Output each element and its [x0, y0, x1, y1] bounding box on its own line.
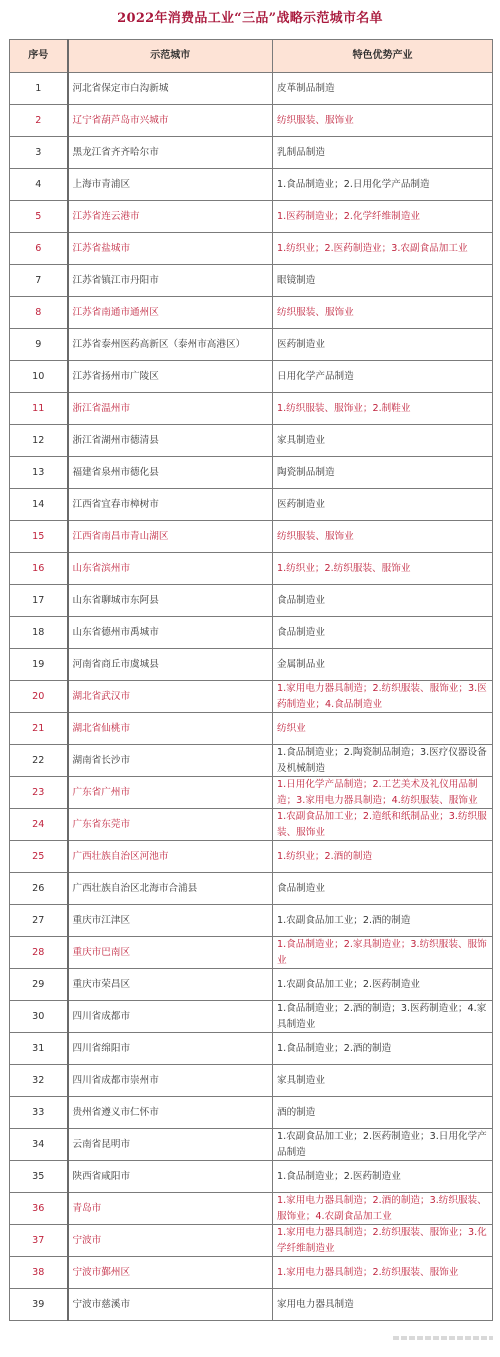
- row-city: 四川省成都市: [68, 1001, 273, 1033]
- table-row: 7江苏省镇江市丹阳市眼镜制造: [10, 265, 493, 297]
- table-row: 14江西省宜春市樟树市医药制造业: [10, 489, 493, 521]
- row-industry: 1.食品制造业；2.酒的制造: [273, 1033, 493, 1065]
- table-row: 28重庆市巴南区1.食品制造业；2.家具制造业；3.纺织服装、服饰业: [10, 937, 493, 969]
- row-industry: 酒的制造: [273, 1097, 493, 1129]
- row-industry: 1.纺织业；2.纺织服装、服饰业: [273, 553, 493, 585]
- table-row: 17山东省聊城市东阿县食品制造业: [10, 585, 493, 617]
- row-industry: 皮革制品制造: [273, 73, 493, 105]
- row-number: 6: [10, 233, 68, 265]
- row-industry: 1.家用电力器具制造；2.酒的制造；3.纺织服装、服饰业；4.农副食品加工业: [273, 1193, 493, 1225]
- row-industry: 眼镜制造: [273, 265, 493, 297]
- row-industry: 陶瓷制品制造: [273, 457, 493, 489]
- row-number: 23: [10, 777, 68, 809]
- row-number: 36: [10, 1193, 68, 1225]
- row-number: 37: [10, 1225, 68, 1257]
- row-city: 江西省南昌市青山湖区: [68, 521, 273, 553]
- row-city: 江苏省连云港市: [68, 201, 273, 233]
- row-industry: 1.家用电力器具制造；2.纺织服装、服饰业；3.医药制造业；4.食品制造业: [273, 681, 493, 713]
- row-industry: 乳制品制造: [273, 137, 493, 169]
- row-city: 陕西省咸阳市: [68, 1161, 273, 1193]
- row-city: 广东省东莞市: [68, 809, 273, 841]
- header-industry: 特色优势产业: [273, 40, 493, 73]
- row-number: 3: [10, 137, 68, 169]
- table-row: 20湖北省武汉市1.家用电力器具制造；2.纺织服装、服饰业；3.医药制造业；4.…: [10, 681, 493, 713]
- table-row: 27重庆市江津区1.农副食品加工业；2.酒的制造: [10, 905, 493, 937]
- row-number: 15: [10, 521, 68, 553]
- row-number: 35: [10, 1161, 68, 1193]
- table-row: 38宁波市鄞州区1.家用电力器具制造；2.纺织服装、服饰业: [10, 1257, 493, 1289]
- table-row: 23广东省广州市1.日用化学产品制造；2.工艺美术及礼仪用品制造；3.家用电力器…: [10, 777, 493, 809]
- table-row: 31四川省绵阳市1.食品制造业；2.酒的制造: [10, 1033, 493, 1065]
- row-number: 21: [10, 713, 68, 745]
- row-industry: 金属制品业: [273, 649, 493, 681]
- row-city: 江苏省扬州市广陵区: [68, 361, 273, 393]
- table-row: 13福建省泉州市德化县陶瓷制品制造: [10, 457, 493, 489]
- row-city: 重庆市荣昌区: [68, 969, 273, 1001]
- table-row: 9江苏省泰州医药高新区（泰州市高港区）医药制造业: [10, 329, 493, 361]
- row-number: 34: [10, 1129, 68, 1161]
- row-number: 33: [10, 1097, 68, 1129]
- table-row: 39宁波市慈溪市家用电力器具制造: [10, 1289, 493, 1321]
- table-row: 4上海市青浦区1.食品制造业；2.日用化学产品制造: [10, 169, 493, 201]
- row-number: 14: [10, 489, 68, 521]
- row-city: 福建省泉州市德化县: [68, 457, 273, 489]
- table-row: 26广西壮族自治区北海市合浦县食品制造业: [10, 873, 493, 905]
- row-number: 11: [10, 393, 68, 425]
- row-number: 19: [10, 649, 68, 681]
- table-row: 19河南省商丘市虞城县金属制品业: [10, 649, 493, 681]
- table-row: 2辽宁省葫芦岛市兴城市纺织服装、服饰业: [10, 105, 493, 137]
- row-city: 重庆市江津区: [68, 905, 273, 937]
- row-industry: 1.农副食品加工业；2.医药制造业；3.日用化学产品制造: [273, 1129, 493, 1161]
- header-number: 序号: [10, 40, 68, 73]
- row-number: 2: [10, 105, 68, 137]
- row-number: 4: [10, 169, 68, 201]
- header-city: 示范城市: [68, 40, 273, 73]
- table-row: 21湖北省仙桃市纺织业: [10, 713, 493, 745]
- table-row: 5江苏省连云港市1.医药制造业；2.化学纤维制造业: [10, 201, 493, 233]
- row-city: 山东省德州市禹城市: [68, 617, 273, 649]
- row-city: 江苏省泰州医药高新区（泰州市高港区）: [68, 329, 273, 361]
- row-city: 山东省滨州市: [68, 553, 273, 585]
- row-industry: 医药制造业: [273, 329, 493, 361]
- table-row: 25广西壮族自治区河池市1.纺织业；2.酒的制造: [10, 841, 493, 873]
- row-city: 四川省绵阳市: [68, 1033, 273, 1065]
- row-industry: 1.纺织服装、服饰业；2.制鞋业: [273, 393, 493, 425]
- table-row: 10江苏省扬州市广陵区日用化学产品制造: [10, 361, 493, 393]
- row-city: 辽宁省葫芦岛市兴城市: [68, 105, 273, 137]
- page-title: 2022年消费品工业“三品”战略示范城市名单: [0, 7, 500, 26]
- row-number: 8: [10, 297, 68, 329]
- row-city: 江苏省盐城市: [68, 233, 273, 265]
- table-row: 11浙江省温州市1.纺织服装、服饰业；2.制鞋业: [10, 393, 493, 425]
- row-industry: 1.农副食品加工业；2.造纸和纸制品业；3.纺织服装、服饰业: [273, 809, 493, 841]
- row-industry: 1.农副食品加工业；2.医药制造业: [273, 969, 493, 1001]
- row-city: 湖北省仙桃市: [68, 713, 273, 745]
- row-city: 河北省保定市白沟新城: [68, 73, 273, 105]
- row-number: 9: [10, 329, 68, 361]
- row-city: 广西壮族自治区北海市合浦县: [68, 873, 273, 905]
- row-number: 7: [10, 265, 68, 297]
- row-industry: 食品制造业: [273, 873, 493, 905]
- row-industry: 纺织服装、服饰业: [273, 521, 493, 553]
- row-city: 湖南省长沙市: [68, 745, 273, 777]
- row-number: 25: [10, 841, 68, 873]
- row-number: 39: [10, 1289, 68, 1321]
- row-industry: 1.家用电力器具制造；2.纺织服装、服饰业: [273, 1257, 493, 1289]
- row-number: 18: [10, 617, 68, 649]
- row-city: 贵州省遵义市仁怀市: [68, 1097, 273, 1129]
- row-number: 24: [10, 809, 68, 841]
- row-number: 5: [10, 201, 68, 233]
- row-industry: 1.农副食品加工业；2.酒的制造: [273, 905, 493, 937]
- row-number: 10: [10, 361, 68, 393]
- row-city: 广西壮族自治区河池市: [68, 841, 273, 873]
- row-city: 山东省聊城市东阿县: [68, 585, 273, 617]
- row-number: 17: [10, 585, 68, 617]
- row-number: 13: [10, 457, 68, 489]
- row-industry: 纺织服装、服饰业: [273, 297, 493, 329]
- row-number: 26: [10, 873, 68, 905]
- row-industry: 日用化学产品制造: [273, 361, 493, 393]
- row-city: 宁波市: [68, 1225, 273, 1257]
- table-row: 35陕西省咸阳市1.食品制造业；2.医药制造业: [10, 1161, 493, 1193]
- table-row: 3黑龙江省齐齐哈尔市乳制品制造: [10, 137, 493, 169]
- row-number: 12: [10, 425, 68, 457]
- row-industry: 1.家用电力器具制造；2.纺织服装、服饰业；3.化学纤维制造业: [273, 1225, 493, 1257]
- row-city: 江苏省南通市通州区: [68, 297, 273, 329]
- row-number: 27: [10, 905, 68, 937]
- table-row: 8江苏省南通市通州区纺织服装、服饰业: [10, 297, 493, 329]
- row-city: 江西省宜春市樟树市: [68, 489, 273, 521]
- row-number: 16: [10, 553, 68, 585]
- table-row: 22湖南省长沙市1.食品制造业；2.陶瓷制品制造；3.医疗仪器设备及机械制造: [10, 745, 493, 777]
- row-industry: 1.日用化学产品制造；2.工艺美术及礼仪用品制造；3.家用电力器具制造；4.纺织…: [273, 777, 493, 809]
- table-row: 36青岛市1.家用电力器具制造；2.酒的制造；3.纺织服装、服饰业；4.农副食品…: [10, 1193, 493, 1225]
- row-number: 38: [10, 1257, 68, 1289]
- row-city: 湖北省武汉市: [68, 681, 273, 713]
- row-number: 20: [10, 681, 68, 713]
- row-number: 32: [10, 1065, 68, 1097]
- row-city: 宁波市慈溪市: [68, 1289, 273, 1321]
- table-row: 29重庆市荣昌区1.农副食品加工业；2.医药制造业: [10, 969, 493, 1001]
- row-number: 31: [10, 1033, 68, 1065]
- row-city: 河南省商丘市虞城县: [68, 649, 273, 681]
- row-city: 云南省昆明市: [68, 1129, 273, 1161]
- row-city: 广东省广州市: [68, 777, 273, 809]
- row-industry: 1.食品制造业；2.医药制造业: [273, 1161, 493, 1193]
- table-body: 1河北省保定市白沟新城皮革制品制造2辽宁省葫芦岛市兴城市纺织服装、服饰业3黑龙江…: [10, 73, 493, 1321]
- table-row: 34云南省昆明市1.农副食品加工业；2.医药制造业；3.日用化学产品制造: [10, 1129, 493, 1161]
- table-row: 1河北省保定市白沟新城皮革制品制造: [10, 73, 493, 105]
- table-row: 33贵州省遵义市仁怀市酒的制造: [10, 1097, 493, 1129]
- row-number: 22: [10, 745, 68, 777]
- table-row: 16山东省滨州市1.纺织业；2.纺织服装、服饰业: [10, 553, 493, 585]
- row-number: 1: [10, 73, 68, 105]
- row-industry: 1.食品制造业；2.家具制造业；3.纺织服装、服饰业: [273, 937, 493, 969]
- row-city: 上海市青浦区: [68, 169, 273, 201]
- row-number: 30: [10, 1001, 68, 1033]
- row-city: 江苏省镇江市丹阳市: [68, 265, 273, 297]
- row-industry: 医药制造业: [273, 489, 493, 521]
- row-number: 28: [10, 937, 68, 969]
- row-industry: 1.纺织业；2.酒的制造: [273, 841, 493, 873]
- table-row: 24广东省东莞市1.农副食品加工业；2.造纸和纸制品业；3.纺织服装、服饰业: [10, 809, 493, 841]
- table-row: 18山东省德州市禹城市食品制造业: [10, 617, 493, 649]
- table-header-row: 序号 示范城市 特色优势产业: [10, 40, 493, 73]
- table-row: 12浙江省湖州市德清县家具制造业: [10, 425, 493, 457]
- row-number: 29: [10, 969, 68, 1001]
- row-industry: 1.纺织业；2.医药制造业；3.农副食品加工业: [273, 233, 493, 265]
- demonstration-cities-table: 序号 示范城市 特色优势产业 1河北省保定市白沟新城皮革制品制造2辽宁省葫芦岛市…: [9, 39, 493, 1321]
- row-city: 浙江省湖州市德清县: [68, 425, 273, 457]
- table-row: 15江西省南昌市青山湖区纺织服装、服饰业: [10, 521, 493, 553]
- row-city: 宁波市鄞州区: [68, 1257, 273, 1289]
- row-industry: 1.食品制造业；2.酒的制造；3.医药制造业；4.家具制造业: [273, 1001, 493, 1033]
- row-city: 重庆市巴南区: [68, 937, 273, 969]
- row-industry: 家用电力器具制造: [273, 1289, 493, 1321]
- row-city: 黑龙江省齐齐哈尔市: [68, 137, 273, 169]
- watermark: [393, 1336, 493, 1340]
- table-row: 30四川省成都市1.食品制造业；2.酒的制造；3.医药制造业；4.家具制造业: [10, 1001, 493, 1033]
- row-industry: 1.医药制造业；2.化学纤维制造业: [273, 201, 493, 233]
- row-industry: 家具制造业: [273, 1065, 493, 1097]
- row-industry: 纺织服装、服饰业: [273, 105, 493, 137]
- table-row: 32四川省成都市崇州市家具制造业: [10, 1065, 493, 1097]
- row-industry: 纺织业: [273, 713, 493, 745]
- row-industry: 1.食品制造业；2.日用化学产品制造: [273, 169, 493, 201]
- table-row: 6江苏省盐城市1.纺织业；2.医药制造业；3.农副食品加工业: [10, 233, 493, 265]
- table-row: 37宁波市1.家用电力器具制造；2.纺织服装、服饰业；3.化学纤维制造业: [10, 1225, 493, 1257]
- row-industry: 食品制造业: [273, 585, 493, 617]
- row-industry: 食品制造业: [273, 617, 493, 649]
- row-industry: 1.食品制造业；2.陶瓷制品制造；3.医疗仪器设备及机械制造: [273, 745, 493, 777]
- row-city: 四川省成都市崇州市: [68, 1065, 273, 1097]
- row-city: 浙江省温州市: [68, 393, 273, 425]
- row-industry: 家具制造业: [273, 425, 493, 457]
- row-city: 青岛市: [68, 1193, 273, 1225]
